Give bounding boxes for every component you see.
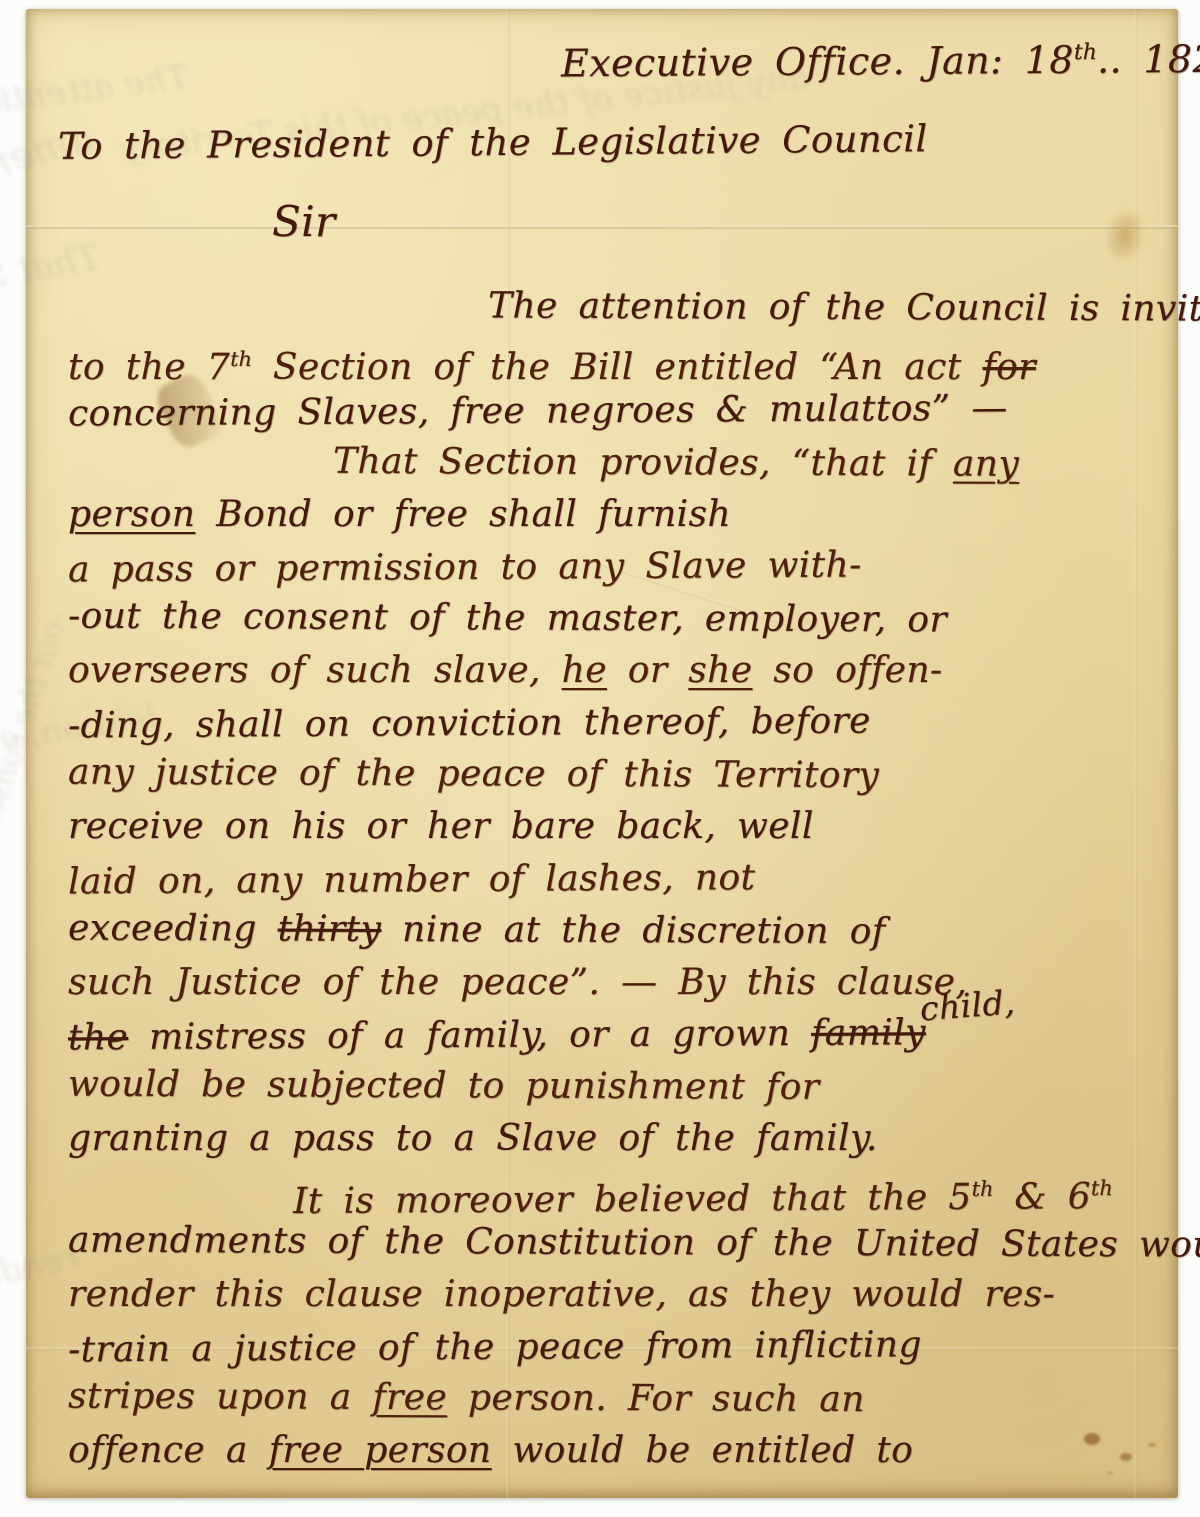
handwritten-line: stripes upon a free person. For such an (68, 1371, 1178, 1428)
scan-background: amendments of the Constitution of the Un… (0, 0, 1200, 1517)
handwritten-line: offence a free person would be entitled … (68, 1425, 1178, 1477)
handwritten-text: .. 1828 (1097, 37, 1200, 82)
handwritten-text: receive on his or her bare back, well (68, 806, 814, 847)
handwritten-text: granting a pass to a Slave of the family… (68, 1118, 878, 1159)
handwritten-text: or (607, 650, 688, 691)
handwritten-text: amendments of the Constitution of the Un… (68, 1220, 1200, 1266)
handwritten-text: -ding, shall on conviction thereof, befo… (68, 700, 871, 746)
handwritten-text: mistress of a family, or a grown (128, 1013, 811, 1058)
handwritten-text: -out the consent of the master, employer… (68, 596, 947, 641)
handwritten-line: -out the consent of the master, employer… (68, 591, 1178, 648)
handwritten-line: the mistress of a family, or a grown fam… (68, 1006, 1178, 1065)
ghost-line: -out the consent of the master, employer… (0, 607, 75, 1251)
letter-page: amendments of the Constitution of the Un… (26, 9, 1178, 1498)
handwritten-text: person (68, 494, 195, 535)
handwritten-text: th (972, 1177, 994, 1201)
handwritten-text: nine at the discretion of (381, 909, 885, 952)
handwritten-line: exceeding thirty nine at the discretion … (68, 903, 1178, 960)
handwritten-text: a pass or permission to any Slave with- (68, 545, 862, 591)
handwritten-text: & 6 (993, 1176, 1091, 1218)
inserted-word: child, (918, 976, 1017, 1035)
struck-word: thirty (278, 908, 382, 949)
handwritten-text: offence a (68, 1430, 269, 1471)
handwritten-line: receive on his or her bare back, well (68, 801, 1178, 853)
handwritten-text: exceeding (68, 908, 278, 950)
handwritten-text: laid on, any number of lashes, not (68, 857, 756, 902)
letter-body: The attention of the Council is invitedt… (68, 281, 1178, 1477)
paper-stain (1098, 203, 1153, 269)
handwritten-line: overseers of such slave, he or she so of… (68, 645, 1178, 697)
handwritten-text: would be subjected to punishment for (68, 1064, 820, 1108)
handwritten-text: would be entitled to (492, 1430, 914, 1471)
handwritten-text: she (688, 650, 752, 691)
handwritten-line: person Bond or free shall furnish (68, 489, 1178, 541)
handwritten-text: any justice of the peace of this Territo… (68, 752, 879, 797)
handwritten-text: to the 7 (68, 347, 230, 388)
struck-word: the (68, 1017, 128, 1058)
handwritten-text: The attention of the Council is invited (488, 285, 1200, 329)
handwritten-line: render this clause inoperative, as they … (68, 1269, 1178, 1321)
handwritten-text: render this clause inoperative, as they … (68, 1274, 1055, 1315)
dateline: Executive Office. Jan: 18th.. 1828 (561, 37, 1200, 86)
handwritten-line: amendments of the Constitution of the Un… (68, 1215, 1178, 1272)
handwritten-text: concerning Slaves, free negroes & mulatt… (68, 388, 1008, 435)
handwritten-text: That Section provides, “that if (333, 441, 953, 485)
recipient-line: To the President of the Legislative Coun… (58, 117, 928, 168)
handwritten-text: free (372, 1377, 447, 1418)
handwritten-text: such Justice of the peace”. — By this cl… (68, 962, 967, 1003)
handwritten-line: -ding, shall on conviction thereof, befo… (68, 694, 1178, 753)
handwritten-line: any justice of the peace of this Territo… (68, 747, 1178, 804)
handwritten-text: person. For such an (447, 1377, 865, 1420)
handwritten-text: stripes upon a (68, 1376, 373, 1418)
handwritten-text: free person (269, 1430, 492, 1471)
handwritten-text: th (1074, 40, 1097, 65)
handwritten-text: any (953, 443, 1019, 484)
handwritten-text: Bond or free shall furnish (195, 494, 731, 535)
handwritten-line: would be subjected to punishment for (68, 1059, 1178, 1116)
handwritten-text: he (562, 650, 607, 691)
handwritten-line: -train a justice of the peace from infli… (68, 1318, 1178, 1377)
handwritten-line: granting a pass to a Slave of the family… (68, 1113, 1178, 1165)
handwritten-text: so offen- (752, 650, 942, 691)
handwritten-text: overseers of such slave, (68, 650, 562, 691)
handwritten-line: a pass or permission to any Slave with- (68, 538, 1178, 597)
handwritten-line: That Section provides, “that if any (68, 435, 1178, 492)
handwritten-text: th (230, 347, 252, 371)
struck-word: family (811, 1012, 926, 1054)
salutation: Sir (272, 197, 335, 246)
handwritten-line: laid on, any number of lashes, not (68, 850, 1178, 909)
fold-crease-horizontal-top (26, 225, 1178, 229)
handwritten-line: The attention of the Council is invited (68, 279, 1178, 336)
handwritten-text: Executive Office. Jan: 18 (561, 38, 1074, 86)
handwritten-text: -train a justice of the peace from infli… (68, 1324, 922, 1370)
handwritten-text: Section of the Bill entitled “An act (252, 347, 983, 388)
handwritten-text: th (1091, 1176, 1113, 1200)
handwritten-line: to the 7th Section of the Bill entitled … (68, 333, 1178, 385)
handwritten-line: concerning Slaves, free negroes & mulatt… (68, 382, 1178, 441)
handwritten-line: It is moreover believed that the 5th & 6… (68, 1162, 1178, 1221)
